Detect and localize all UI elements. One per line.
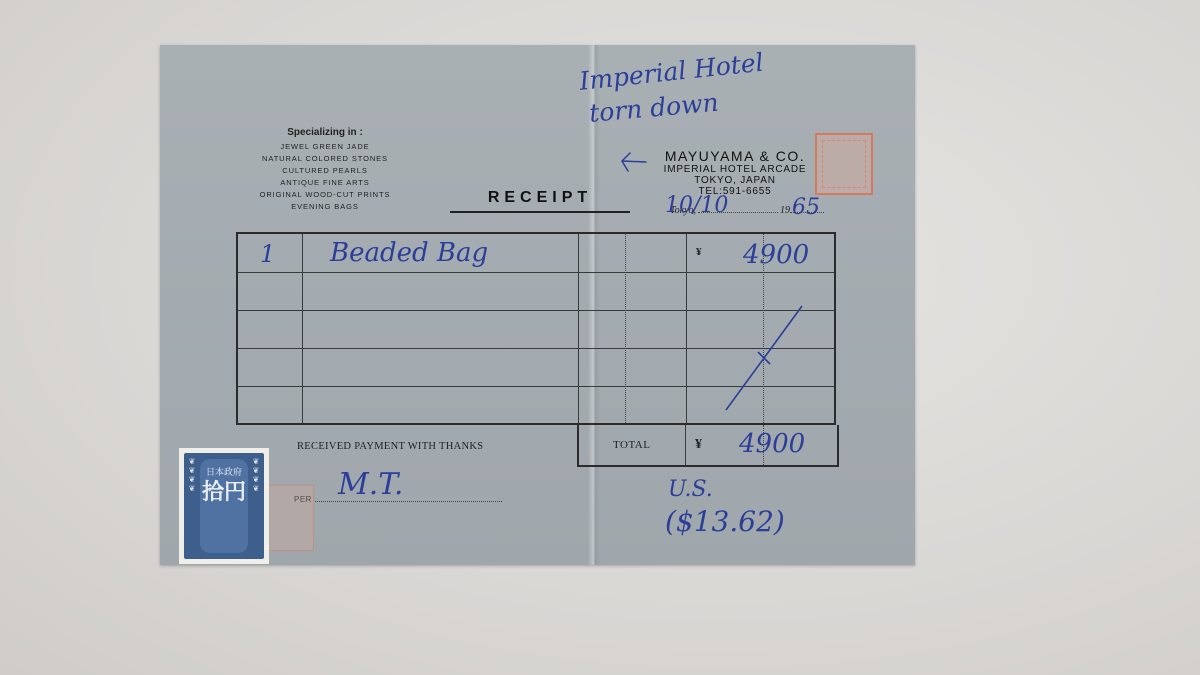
handwritten-note-line2: torn down <box>588 88 720 128</box>
company-address: IMPERIAL HOTEL ARCADE <box>630 164 840 175</box>
specialty-item: ANTIQUE FINE ARTS <box>220 177 430 189</box>
stamp-issuer: 日本政府 <box>200 465 248 478</box>
company-name: MAYUYAMA & CO. <box>630 148 840 164</box>
handwritten-date: 10/10 <box>665 193 728 218</box>
specialty-item: NATURAL COLORED STONES <box>220 153 430 165</box>
total-amount: 4900 <box>739 429 805 459</box>
row-amount: 4900 <box>743 240 809 270</box>
specialty-item: ORIGINAL WOOD-CUT PRINTS <box>220 189 430 201</box>
stamp-value: 拾円 <box>200 478 248 508</box>
specialty-item: EVENING BAGS <box>220 201 430 213</box>
handwritten-year: 65 <box>792 195 820 220</box>
date-century: 19 <box>780 205 790 216</box>
handwritten-note-line1: Imperial Hotel <box>578 48 765 96</box>
specialty-item: JEWEL GREEN JADE <box>220 141 430 153</box>
revenue-stamp: ❦❦❦❦ ❦❦❦❦ 日本政府 拾円 <box>179 448 269 564</box>
receipt-title: RECEIPT <box>450 189 630 213</box>
specializing-heading: Specializing in : <box>220 127 430 138</box>
company-block: MAYUYAMA & CO. IMPERIAL HOTEL ARCADE TOK… <box>630 148 840 197</box>
received-payment-text: RECEIVED PAYMENT WITH THANKS <box>297 441 483 452</box>
company-city: TOKYO, JAPAN <box>630 175 840 186</box>
receipt-paper: Specializing in : JEWEL GREEN JADE NATUR… <box>160 45 915 565</box>
total-box: TOTAL ¥ 4900 <box>577 425 839 467</box>
total-label: TOTAL <box>613 439 650 451</box>
signature: M.T. <box>338 467 403 502</box>
row-description: Beaded Bag <box>330 238 488 268</box>
specializing-block: Specializing in : JEWEL GREEN JADE NATUR… <box>220 127 430 213</box>
usd-note-label: U.S. <box>668 477 713 502</box>
row-qty: 1 <box>260 240 275 268</box>
usd-note-amount: ($13.62) <box>665 505 785 538</box>
strike-through-mark-icon <box>718 302 808 414</box>
row-currency: ¥ <box>696 246 702 258</box>
total-currency: ¥ <box>695 437 702 453</box>
red-seal-stamp <box>815 133 873 195</box>
specialty-item: CULTURED PEARLS <box>220 165 430 177</box>
items-table: 1 Beaded Bag ¥ 4900 <box>236 232 836 425</box>
